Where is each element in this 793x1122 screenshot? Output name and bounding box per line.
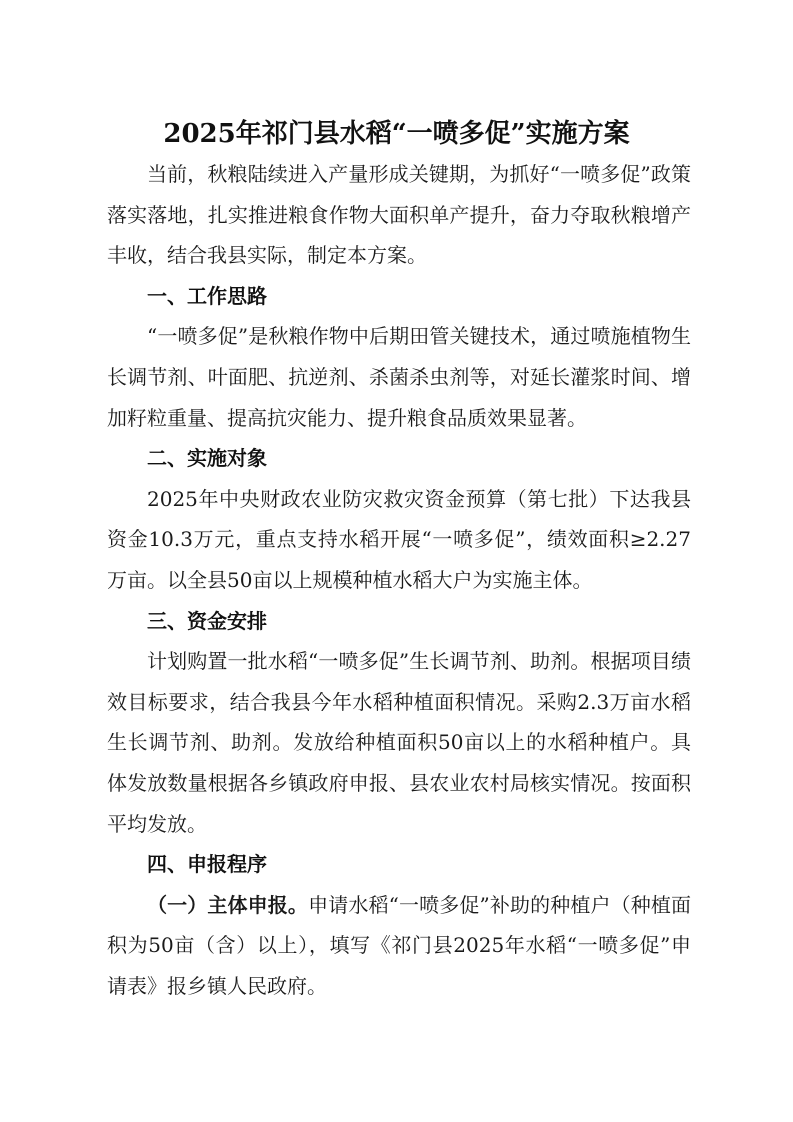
document-page: 2025年祁门县水稻“一喷多促”实施方案 当前，秋粮陆续进入产量形成关键期，为抓… (0, 0, 793, 1122)
subsection-lead-entity-application: （一）主体申报。 (147, 893, 308, 917)
document-body: 当前，秋粮陆续进入产量形成关键期，为抓好“一喷多促”政策落实落地，扎实推进粮食作… (107, 154, 691, 1006)
section-text-work-approach: “一喷多促”是秋粮作物中后期田管关键技术，通过喷施植物生长调节剂、叶面肥、抗逆剂… (107, 316, 691, 438)
subsection-paragraph-entity-application: （一）主体申报。申请水稻“一喷多促”补助的种植户（种植面积为50亩（含）以上），… (107, 885, 691, 1007)
section-text-implementation-target: 2025年中央财政农业防灾救灾资金预算（第七批）下达我县资金10.3万元，重点支… (107, 479, 691, 601)
document-title: 2025年祁门县水稻“一喷多促”实施方案 (0, 114, 793, 154)
section-text-funding-arrangement: 计划购置一批水稻“一喷多促”生长调节剂、助剂。根据项目绩效目标要求，结合我县今年… (107, 641, 691, 844)
section-heading-implementation-target: 二、实施对象 (107, 438, 691, 479)
intro-paragraph: 当前，秋粮陆续进入产量形成关键期，为抓好“一喷多促”政策落实落地，扎实推进粮食作… (107, 154, 691, 276)
section-heading-work-approach: 一、工作思路 (107, 276, 691, 317)
section-heading-funding-arrangement: 三、资金安排 (107, 601, 691, 642)
section-heading-application-procedure: 四、申报程序 (107, 844, 691, 885)
